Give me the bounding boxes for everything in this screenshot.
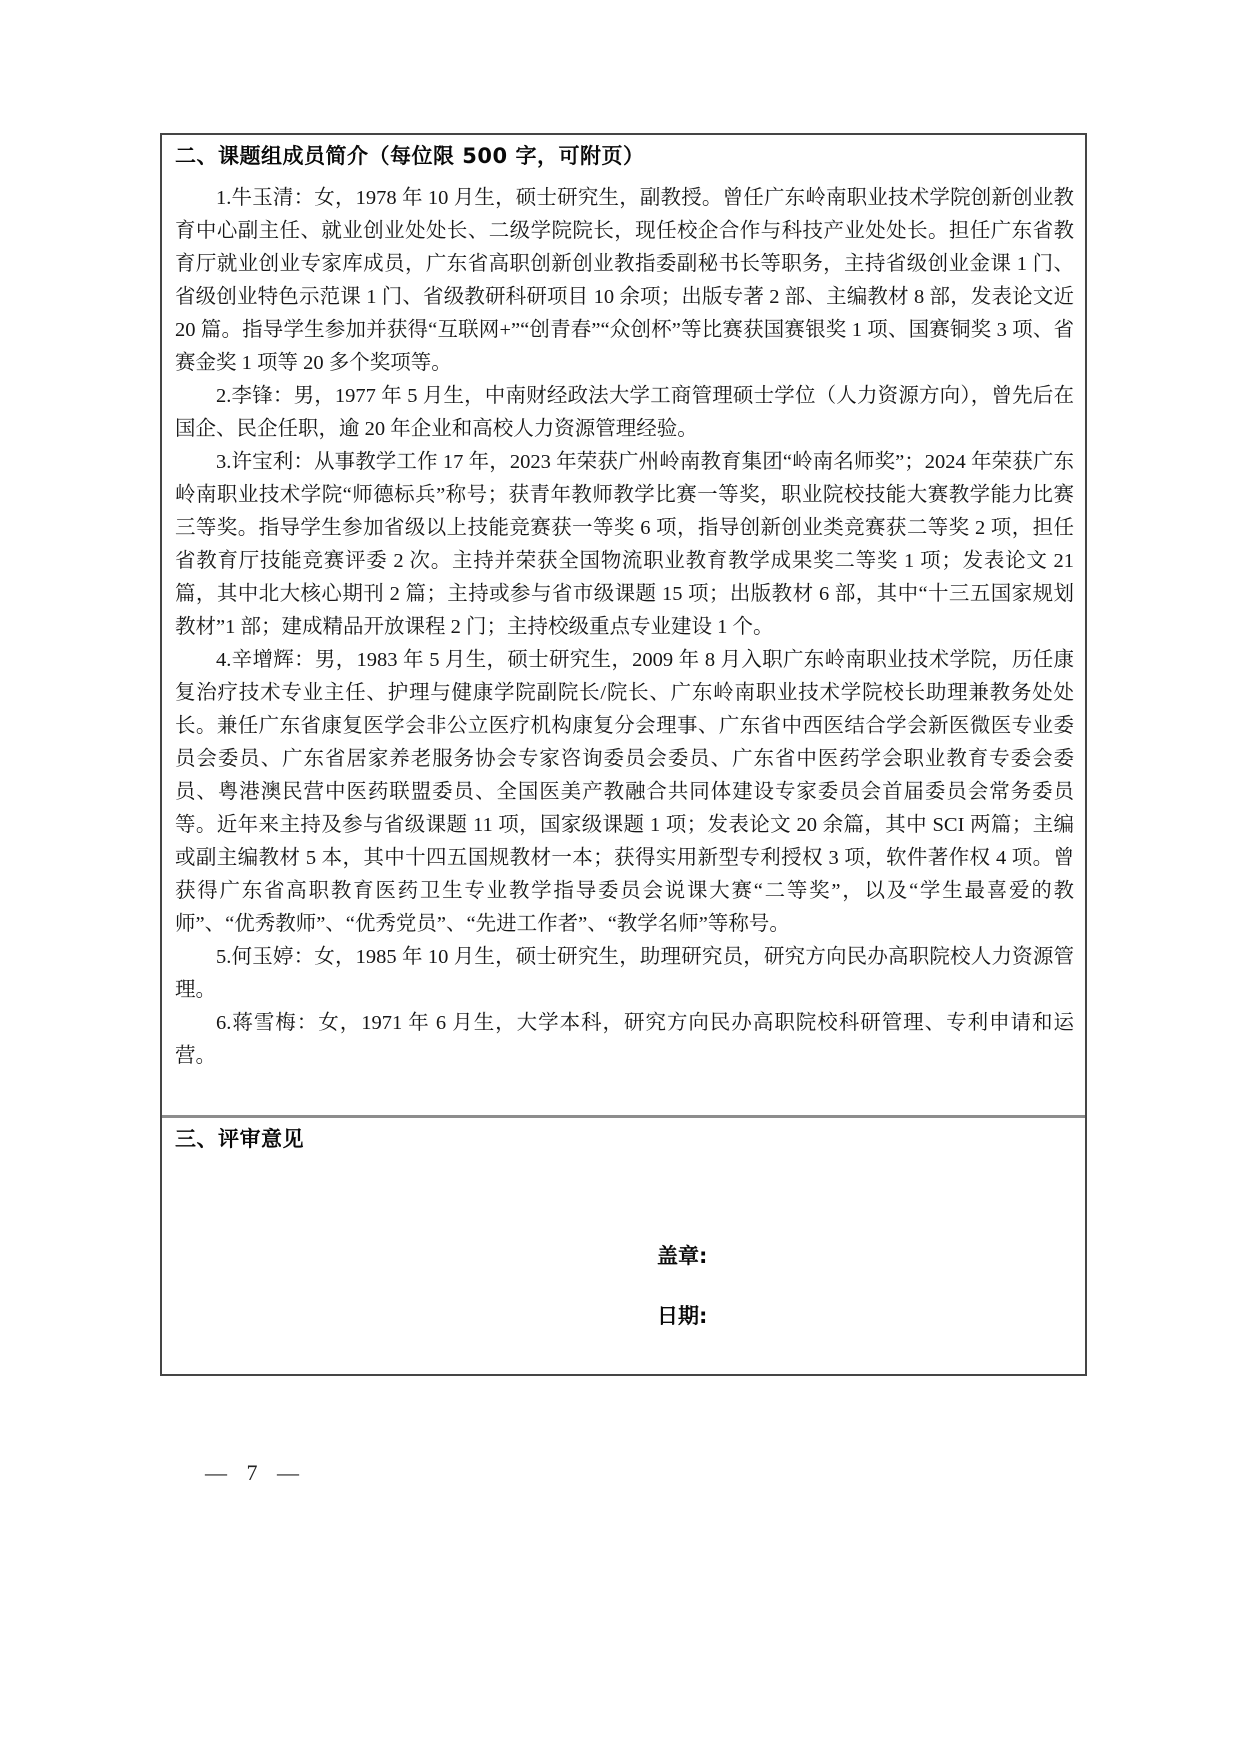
member-paragraph-4: 4.辛增辉：男，1983 年 5 月生，硕士研究生，2009 年 8 月入职广东… bbox=[175, 644, 1074, 941]
seal-label: 盖章: bbox=[657, 1240, 707, 1270]
date-label: 日期: bbox=[657, 1300, 707, 1330]
member-paragraph-1: 1.牛玉清：女，1978 年 10 月生，硕士研究生，副教授。曾任广东岭南职业技… bbox=[175, 182, 1074, 380]
section-review-title: 三、评审意见 bbox=[175, 1125, 1074, 1153]
section-members: 二、课题组成员简介（每位限 500 字，可附页） 1.牛玉清：女，1978 年 … bbox=[162, 135, 1085, 1115]
document-page: 二、课题组成员简介（每位限 500 字，可附页） 1.牛玉清：女，1978 年 … bbox=[0, 0, 1240, 1753]
member-paragraph-5: 5.何玉婷：女，1985 年 10 月生，硕士研究生，助理研究员，研究方向民办高… bbox=[175, 941, 1074, 1007]
section-members-title: 二、课题组成员简介（每位限 500 字，可附页） bbox=[175, 142, 1074, 170]
member-paragraph-3: 3.许宝利：从事教学工作 17 年，2023 年荣获广州岭南教育集团“岭南名师奖… bbox=[175, 446, 1074, 644]
form-table: 二、课题组成员简介（每位限 500 字，可附页） 1.牛玉清：女，1978 年 … bbox=[160, 133, 1087, 1376]
page-number: — 7 — bbox=[205, 1460, 301, 1486]
member-paragraph-2: 2.李锋：男，1977 年 5 月生，中南财经政法大学工商管理硕士学位（人力资源… bbox=[175, 380, 1074, 446]
section-review: 三、评审意见 盖章: 日期: bbox=[162, 1115, 1085, 1374]
member-paragraph-6: 6.蒋雪梅：女，1971 年 6 月生，大学本科，研究方向民办高职院校科研管理、… bbox=[175, 1007, 1074, 1073]
